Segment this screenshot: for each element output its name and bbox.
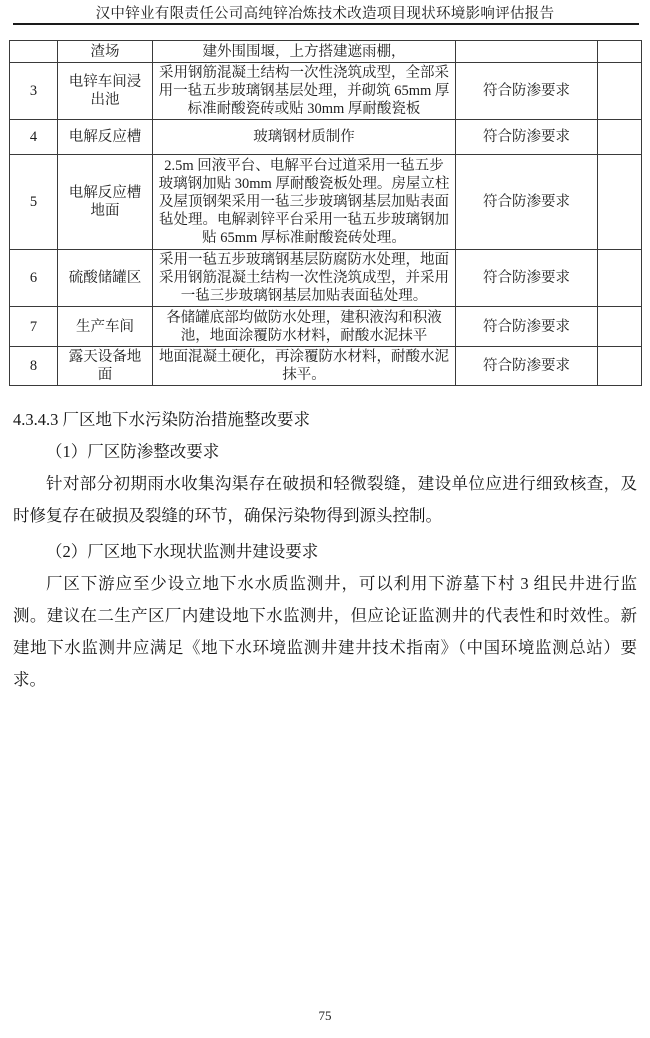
row-name-cell: 生产车间	[58, 307, 153, 347]
row-status-cell: 符合防渗要求	[456, 347, 598, 386]
row-seq-cell: 3	[10, 63, 58, 120]
row-seq-cell: 7	[10, 307, 58, 347]
row-seq-cell: 4	[10, 120, 58, 155]
row-seq-cell: 6	[10, 250, 58, 307]
row-name-cell: 露天设备地面	[58, 347, 153, 386]
table-row: 5 电解反应槽地面 2.5m 回液平台、电解平台过道采用一毡五步玻璃钢加贴 30…	[10, 155, 642, 250]
row-status-cell: 符合防渗要求	[456, 155, 598, 250]
table-row: 3 电锌车间浸出池 采用钢筋混凝土结构一次性浇筑成型，全部采用一毡五步玻璃钢基层…	[10, 63, 642, 120]
row-note-cell	[598, 41, 642, 63]
table-row: 4 电解反应槽 玻璃钢材质制作 符合防渗要求	[10, 120, 642, 155]
row-name-cell: 渣场	[58, 41, 153, 63]
row-name-cell: 电解反应槽地面	[58, 155, 153, 250]
row-note-cell	[598, 347, 642, 386]
row-description-cell: 2.5m 回液平台、电解平台过道采用一毡五步玻璃钢加贴 30mm 厚耐酸瓷板处理…	[153, 155, 456, 250]
row-note-cell	[598, 307, 642, 347]
row-description-cell: 玻璃钢材质制作	[153, 120, 456, 155]
paragraph-1: 针对部分初期雨水收集沟渠存在破损和轻微裂缝，建设单位应进行细致核查，及时修复存在…	[13, 468, 637, 532]
subsection-1-label: （1）厂区防渗整改要求	[13, 436, 637, 468]
paragraph-2: 厂区下游应至少设立地下水水质监测井，可以利用下游墓下村 3 组民井进行监测。建议…	[13, 568, 637, 696]
table-row: 8 露天设备地面 地面混凝土硬化，再涂覆防水材料，耐酸水泥抹平。 符合防渗要求	[10, 347, 642, 386]
seepage-control-table: 渣场 建外围围堰，上方搭建遮雨棚， 3 电锌车间浸出池 采用钢筋混凝土结构一次性…	[9, 40, 642, 386]
row-status-cell: 符合防渗要求	[456, 307, 598, 347]
document-page: 汉中锌业有限责任公司高纯锌冶炼技术改造项目现状环境影响评估报告 渣场 建外围围堰…	[0, 0, 650, 1038]
row-seq-cell	[10, 41, 58, 63]
header-rule	[13, 23, 639, 25]
row-seq-cell: 5	[10, 155, 58, 250]
row-note-cell	[598, 63, 642, 120]
table-row: 7 生产车间 各储罐底部均做防水处理，建积液沟和积液池，地面涂覆防水材料，耐酸水…	[10, 307, 642, 347]
row-name-cell: 硫酸储罐区	[58, 250, 153, 307]
subsection-2-label: （2）厂区地下水现状监测井建设要求	[13, 536, 637, 568]
row-note-cell	[598, 250, 642, 307]
table-row: 渣场 建外围围堰，上方搭建遮雨棚，	[10, 41, 642, 63]
table-row: 6 硫酸储罐区 采用一毡五步玻璃钢基层防腐防水处理，地面采用钢筋混凝土结构一次性…	[10, 250, 642, 307]
row-description-cell: 地面混凝土硬化，再涂覆防水材料，耐酸水泥抹平。	[153, 347, 456, 386]
row-note-cell	[598, 120, 642, 155]
row-seq-cell: 8	[10, 347, 58, 386]
row-description-cell: 采用钢筋混凝土结构一次性浇筑成型，全部采用一毡五步玻璃钢基层处理，并砌筑 65m…	[153, 63, 456, 120]
row-description-cell: 采用一毡五步玻璃钢基层防腐防水处理，地面采用钢筋混凝土结构一次性浇筑成型，并采用…	[153, 250, 456, 307]
row-note-cell	[598, 155, 642, 250]
row-status-cell	[456, 41, 598, 63]
report-header-title: 汉中锌业有限责任公司高纯锌冶炼技术改造项目现状环境影响评估报告	[13, 5, 637, 23]
body-section: 4.3.4.3 厂区地下水污染防治措施整改要求 （1）厂区防渗整改要求 针对部分…	[13, 404, 637, 700]
row-name-cell: 电锌车间浸出池	[58, 63, 153, 120]
row-description-cell: 建外围围堰，上方搭建遮雨棚，	[153, 41, 456, 63]
row-description-cell: 各储罐底部均做防水处理，建积液沟和积液池，地面涂覆防水材料，耐酸水泥抹平	[153, 307, 456, 347]
row-status-cell: 符合防渗要求	[456, 250, 598, 307]
row-name-cell: 电解反应槽	[58, 120, 153, 155]
row-status-cell: 符合防渗要求	[456, 63, 598, 120]
section-heading: 4.3.4.3 厂区地下水污染防治措施整改要求	[13, 404, 637, 436]
page-number: 75	[0, 1008, 650, 1024]
row-status-cell: 符合防渗要求	[456, 120, 598, 155]
